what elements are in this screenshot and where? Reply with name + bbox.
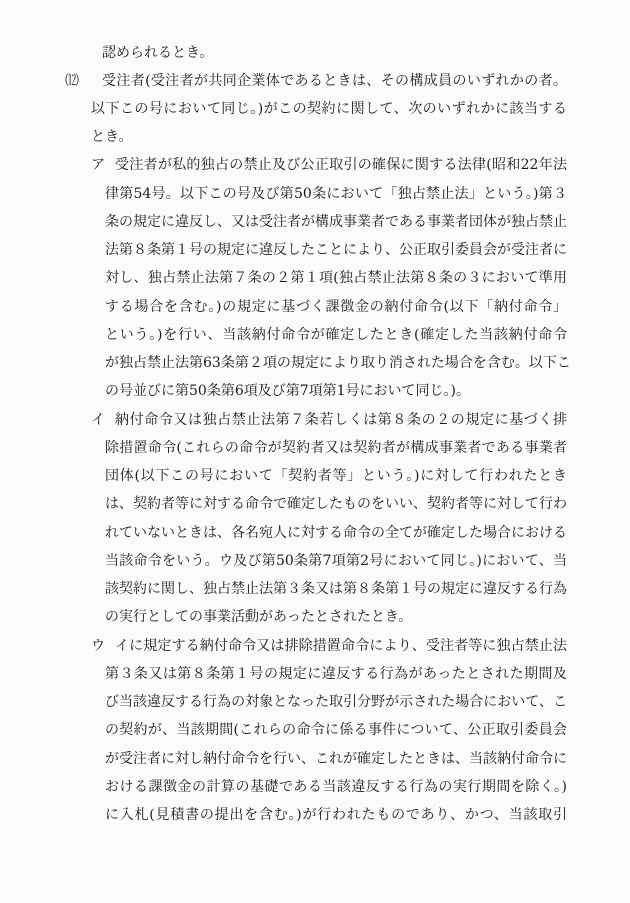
item-marker: ⑿ [65, 67, 79, 95]
text-line: は、契約者等に対する命令で確定したものをいい、契約者等に対して行わ [105, 490, 567, 518]
text-line: 認められるとき。 [102, 39, 567, 67]
text-line: が受注者に対し納付命令を行い、これが確定したときは、当該納付命令に [105, 745, 567, 773]
text-line: の実行としての事業活動があったとされたとき。 [105, 603, 567, 631]
text-line-content: び当該違反する行為の対象となった取引分野が示された場合において、こ [105, 694, 567, 710]
text-line-content: 律第54号。以下この号及び第50条において「独占禁止法」という。)第３ [105, 186, 567, 202]
text-line-content: おける課徴金の計算の基礎である当該違反する行為の実行期間を除く。) [105, 779, 567, 795]
text-line-content: の契約が、当該期間(これらの命令に係る事件について、公正取引委員会 [105, 722, 567, 738]
text-line-content: 納付命令又は独占禁止法第７条若しくは第８条の２の規定に基づく排 [115, 412, 567, 428]
text-line-content: とき。 [91, 129, 132, 145]
text-line: が独占禁止法第63条第２項の規定により取り消された場合を含む。以下こ [105, 349, 567, 377]
text-line: イ納付命令又は独占禁止法第７条若しくは第８条の２の規定に基づく排 [115, 406, 567, 434]
text-line: とき。 [91, 123, 567, 151]
text-line-content: という。)を行い、当該納付命令が確定したとき(確定した当該納付命令 [105, 327, 567, 343]
text-line-content: の実行としての事業活動があったとされたとき。 [105, 609, 412, 625]
text-line: 法第８条第１号の規定に違反したことにより、公正取引委員会が受注者に [105, 236, 567, 264]
text-line-content: 認められるとき。 [102, 45, 213, 61]
text-line-content: が独占禁止法第63条第２項の規定により取り消された場合を含む。以下こ [105, 355, 571, 371]
text-line: 以下この号において同じ。)がこの契約に関して、次のいずれかに該当する [91, 95, 567, 123]
item-marker: イ [91, 406, 105, 434]
text-line-content: 除措置命令(これらの命令が契約者又は契約者が構成事業者である事業者 [105, 440, 567, 456]
text-line: れていないときは、各名宛人に対する命令の全てが確定した場合における [105, 519, 567, 547]
text-line: 対し、独占禁止法第７条の２第１項(独占禁止法第８条の３において準用 [105, 264, 567, 292]
text-line: 当該命令をいう。ウ及び第50条第7項第2号において同じ。)において、当 [105, 547, 567, 575]
text-line-content: に入札(見積書の提出を含む。)が行われたものであり、かつ、当該取引 [105, 807, 567, 823]
text-line-content: 当該命令をいう。ウ及び第50条第7項第2号において同じ。)において、当 [105, 553, 567, 569]
text-line-content: する場合を含む。)の規定に基づく課徴金の納付命令(以下「納付命令」 [105, 299, 567, 315]
text-line-content: 対し、独占禁止法第７条の２第１項(独占禁止法第８条の３において準用 [105, 270, 567, 286]
text-line-content: 条の規定に違反し、又は受注者が構成事業者である事業者団体が独占禁止 [105, 214, 567, 230]
text-line-content: 受注者が私的独占の禁止及び公正取引の確保に関する法律(昭和22年法 [115, 157, 567, 173]
text-line: する場合を含む。)の規定に基づく課徴金の納付命令(以下「納付命令」 [105, 293, 567, 321]
item-marker: ウ [91, 632, 105, 660]
text-line: ウイに規定する納付命令又は排除措置命令により、受注者等に独占禁止法 [115, 632, 567, 660]
item-marker: ア [91, 151, 105, 179]
text-line-content: 法第８条第１号の規定に違反したことにより、公正取引委員会が受注者に [105, 242, 567, 258]
text-line: に入札(見積書の提出を含む。)が行われたものであり、かつ、当該取引 [105, 801, 567, 829]
text-line-content: 第３条又は第８条第１号の規定に違反する行為があったとされた期間及 [105, 666, 567, 682]
text-line: ⑿受注者(受注者が共同企業体であるときは、その構成員のいずれかの者。 [102, 67, 567, 95]
text-line-content: れていないときは、各名宛人に対する命令の全てが確定した場合における [105, 525, 567, 541]
document-page: 認められるとき。⑿受注者(受注者が共同企業体であるときは、その構成員のいずれかの… [0, 0, 630, 903]
text-line: という。)を行い、当該納付命令が確定したとき(確定した当該納付命令 [105, 321, 567, 349]
text-line: ア受注者が私的独占の禁止及び公正取引の確保に関する法律(昭和22年法 [115, 151, 567, 179]
text-line-content: イに規定する納付命令又は排除措置命令により、受注者等に独占禁止法 [115, 638, 567, 654]
text-line: 該契約に関し、独占禁止法第３条又は第８条第１号の規定に違反する行為 [105, 575, 567, 603]
text-line: 団体(以下この号において「契約者等」という。)に対して行われたとき [105, 462, 567, 490]
text-line: の契約が、当該期間(これらの命令に係る事件について、公正取引委員会 [105, 716, 567, 744]
text-line-content: 該契約に関し、独占禁止法第３条又は第８条第１号の規定に違反する行為 [105, 581, 567, 597]
text-line: おける課徴金の計算の基礎である当該違反する行為の実行期間を除く。) [105, 773, 567, 801]
text-line-content: の号並びに第50条第6項及び第7項第1号において同じ。)。 [105, 383, 470, 399]
text-line: 条の規定に違反し、又は受注者が構成事業者である事業者団体が独占禁止 [105, 208, 567, 236]
text-line-content: は、契約者等に対する命令で確定したものをいい、契約者等に対して行わ [105, 496, 567, 512]
text-line: 除措置命令(これらの命令が契約者又は契約者が構成事業者である事業者 [105, 434, 567, 462]
text-line-content: 以下この号において同じ。)がこの契約に関して、次のいずれかに該当する [91, 101, 567, 117]
text-line-content: 受注者(受注者が共同企業体であるときは、その構成員のいずれかの者。 [102, 73, 567, 89]
text-line-content: が受注者に対し納付命令を行い、これが確定したときは、当該納付命令に [105, 751, 567, 767]
text-line: 律第54号。以下この号及び第50条において「独占禁止法」という。)第３ [105, 180, 567, 208]
text-line: 第３条又は第８条第１号の規定に違反する行為があったとされた期間及 [105, 660, 567, 688]
text-line: び当該違反する行為の対象となった取引分野が示された場合において、こ [105, 688, 567, 716]
text-line: の号並びに第50条第6項及び第7項第1号において同じ。)。 [105, 377, 567, 405]
text-line-content: 団体(以下この号において「契約者等」という。)に対して行われたとき [105, 468, 567, 484]
